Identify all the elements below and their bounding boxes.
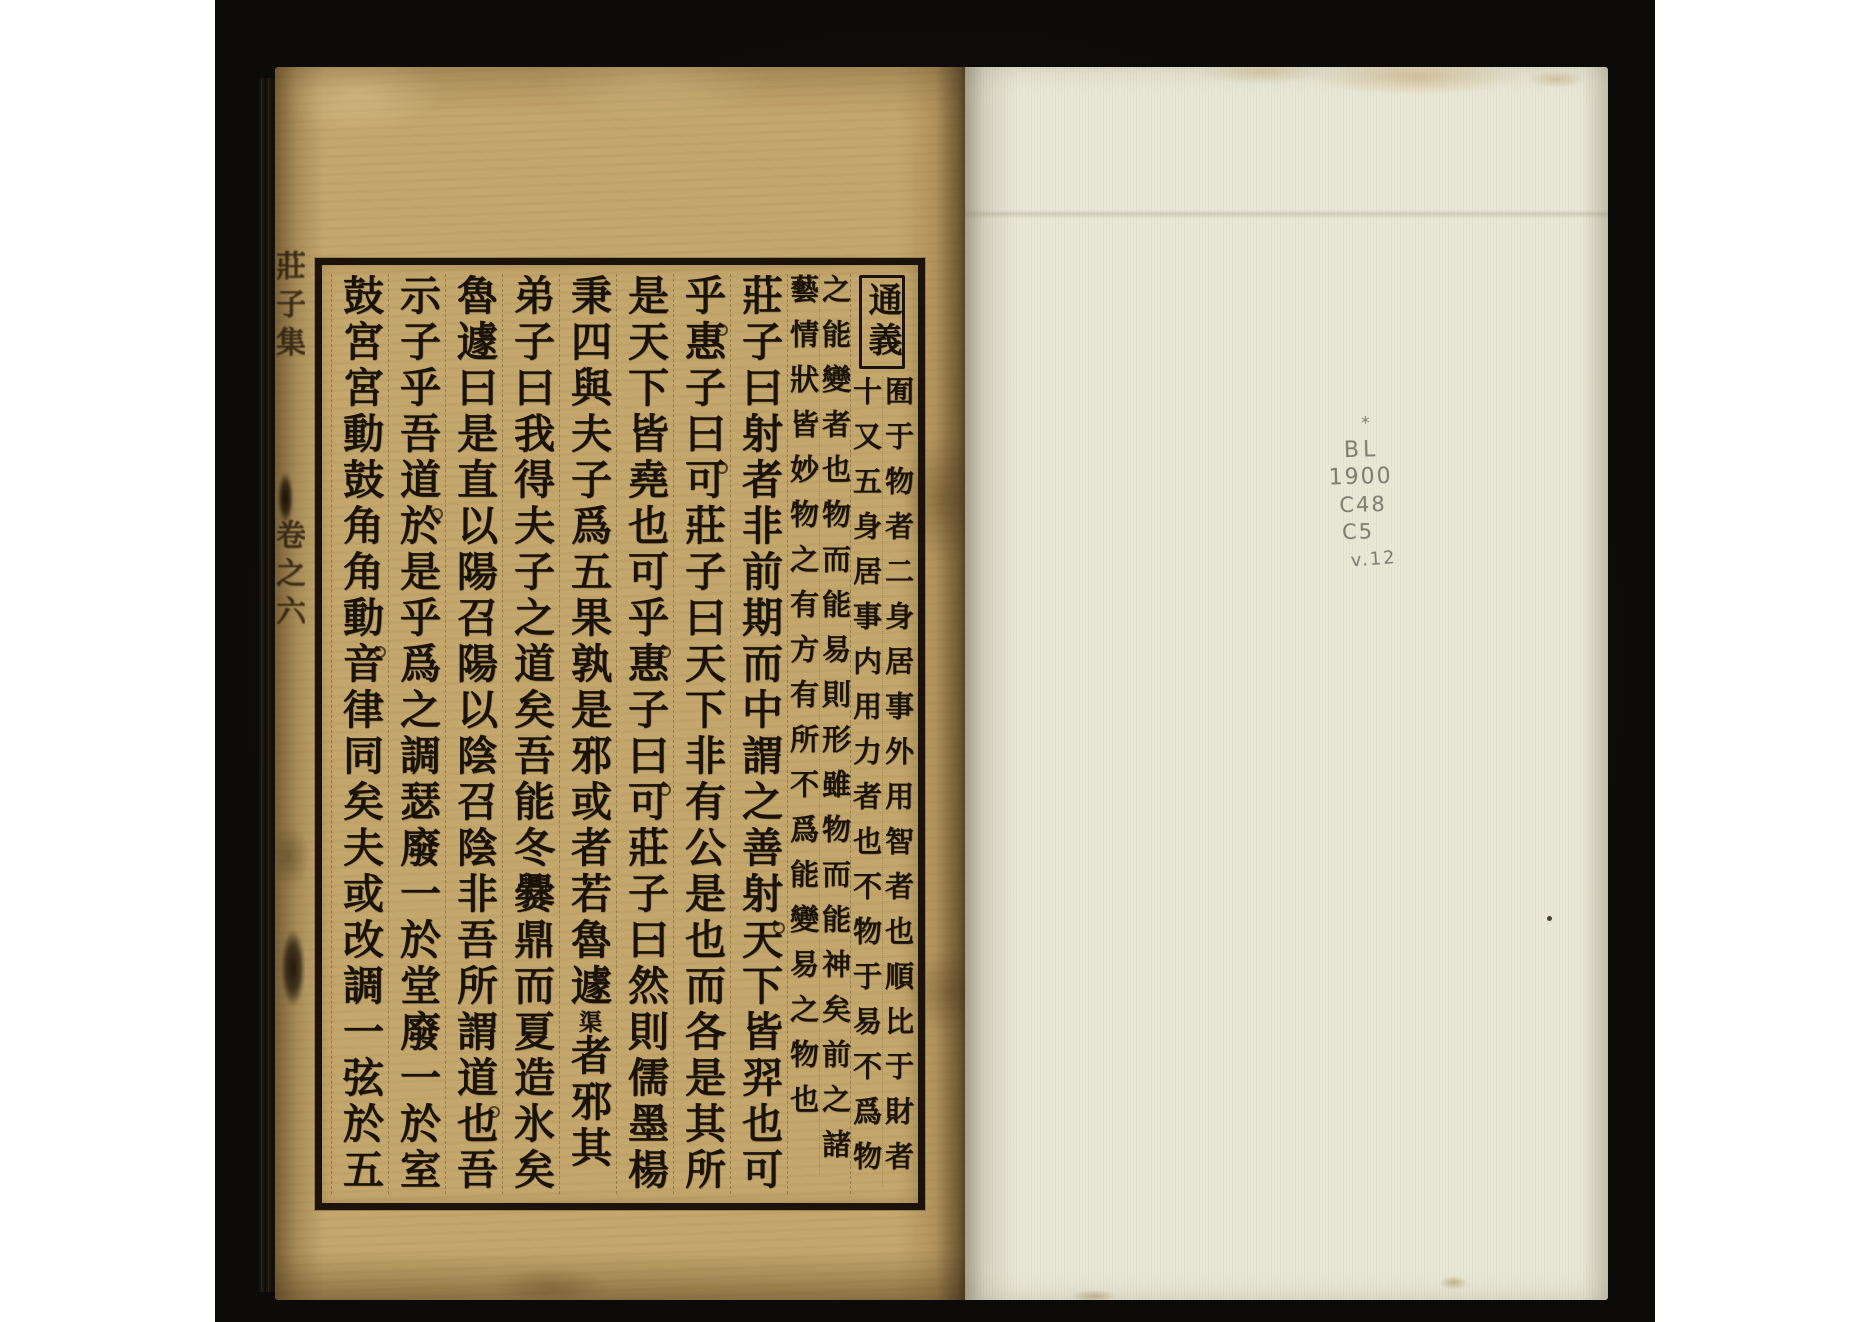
text-column-2: 乎惠子曰可莊子曰天下非有公是也而各是其所 [673, 274, 730, 1194]
judou-mark [488, 1106, 500, 1118]
column-text-segment: 秉四與夫子爲五果孰是邪或者若魯遽 [564, 274, 612, 1010]
shelfmark-line: BL [1344, 435, 1447, 465]
text-column-content: 乎惠子曰可莊子曰天下非有公是也而各是其所 [674, 274, 730, 1194]
judou-mark [773, 922, 785, 934]
shelfmark-line: C48 [1339, 489, 1448, 519]
column-text-segment: 是天下皆堯也可乎惠子曰可莊子曰然則儒墨楊 [621, 274, 669, 1194]
commentary-half-right: 囿于物者二身居事外用智者也順比于財者 [882, 376, 913, 1186]
spine-title-partial: 莊子集 [275, 250, 305, 364]
spine-chapter-partial: 卷之六 [275, 519, 305, 633]
text-column-content: 弟子曰我得夫子之道矣吾能冬爨鼎而夏造氷矣 [503, 274, 559, 1194]
shelfmark-line: v.12 [1350, 541, 1450, 576]
column-text-segment: 乎惠子曰可莊子曰天下非有公是也而各是其所 [678, 274, 726, 1194]
commentary-pair-1: 囿于物者二身居事外用智者也順比于財者十又五身居事内用力者也不物于易不爲物 [851, 376, 913, 1186]
text-column-8: 鼓宮宮動鼓角角動音律同矣夫或改調一弦於五 [331, 274, 388, 1194]
right-blank-page: * BL 1900 C48 C5 v.12 [965, 67, 1608, 1300]
judou-mark [431, 508, 443, 520]
column-text-segment: 鼓宮宮動鼓角角動音律同矣夫或改調一弦於五 [336, 274, 384, 1194]
shelfmark-line: * [1361, 408, 1446, 437]
text-column-3: 是天下皆堯也可乎惠子曰可莊子曰然則儒墨楊 [616, 274, 673, 1194]
header-label: 通義 [864, 282, 900, 362]
header-label-box: 通義 [859, 275, 905, 369]
shelfmark: * BL 1900 C48 C5 v.12 [1325, 408, 1449, 573]
judou-mark [374, 646, 386, 658]
spine-edge: 莊子集 卷之六 [275, 67, 305, 1300]
book-scan-photo: 莊子集 卷之六 通義囿于物者二身居事外用智者也順比于財者十又五身居事内用力者也不… [215, 0, 1655, 1322]
shelfmark-line: 1900 [1328, 462, 1447, 492]
text-column-content: 鼓宮宮動鼓角角動音律同矣夫或改調一弦於五 [332, 274, 388, 1194]
text-column-7: 示子乎吾道於是乎爲之調瑟廢一於堂廢一於室 [388, 274, 445, 1194]
column-text-segment: 者邪其 [564, 1034, 612, 1172]
text-column-5: 弟子曰我得夫子之道矣吾能冬爨鼎而夏造氷矣 [502, 274, 559, 1194]
text-column-content: 莊子曰射者非前期而中謂之善射天下皆羿也可 [731, 274, 787, 1194]
commentary-half-right: 之能變者也物而能易則形雖物而能神矣前之諸 [819, 274, 850, 1174]
text-frame: 通義囿于物者二身居事外用智者也順比于財者十又五身居事内用力者也不物于易不爲物之能… [315, 258, 925, 1210]
column-text-segment: 魯遽曰是直以陽召陽以陰召陰非吾所謂道也吾 [450, 274, 498, 1194]
judou-mark [716, 324, 728, 336]
column-text-segment: 示子乎吾道於是乎爲之調瑟廢一於堂廢一於室 [393, 274, 441, 1194]
text-column-content: 是天下皆堯也可乎惠子曰可莊子曰然則儒墨楊 [617, 274, 673, 1194]
foxing-spot [1547, 916, 1552, 921]
text-column-content: 魯遽曰是直以陽召陽以陰召陰非吾所謂道也吾 [446, 274, 502, 1194]
commentary-column-2: 之能變者也物而能易則形雖物而能神矣前之諸藝情狀皆妙物之有方有所不爲能變易之物也 [787, 274, 850, 1194]
judou-mark [659, 784, 671, 796]
commentary-column-1: 通義囿于物者二身居事外用智者也順比于財者十又五身居事内用力者也不物于易不爲物 [850, 274, 913, 1194]
commentary-pair-2: 之能變者也物而能易則形雖物而能神矣前之諸藝情狀皆妙物之有方有所不爲能變易之物也 [788, 274, 850, 1174]
judou-mark [716, 462, 728, 474]
ink-smudge [278, 472, 293, 524]
page-number-smudge [281, 929, 305, 1007]
text-column-1: 莊子曰射者非前期而中謂之善射天下皆羿也可 [730, 274, 787, 1194]
left-printed-page: 莊子集 卷之六 通義囿于物者二身居事外用智者也順比于財者十又五身居事内用力者也不… [275, 67, 965, 1300]
text-column-content: 示子乎吾道於是乎爲之調瑟廢一於堂廢一於室 [389, 274, 445, 1194]
judou-mark [659, 646, 671, 658]
interlinear-gloss: 渠 [575, 1010, 602, 1034]
text-column-6: 魯遽曰是直以陽召陽以陰召陰非吾所謂道也吾 [445, 274, 502, 1194]
column-text-segment: 弟子曰我得夫子之道矣吾能冬爨鼎而夏造氷矣 [507, 274, 555, 1194]
column-text-segment: 莊子曰射者非前期而中謂之善射天下皆羿也可 [735, 274, 783, 1194]
commentary-half-left: 藝情狀皆妙物之有方有所不爲能變易之物也 [788, 274, 818, 1174]
text-column-content: 秉四與夫子爲五果孰是邪或者若魯遽渠者邪其 [560, 274, 616, 1194]
commentary-half-left: 十又五身居事内用力者也不物于易不爲物 [851, 376, 881, 1186]
text-column-4: 秉四與夫子爲五果孰是邪或者若魯遽渠者邪其 [559, 274, 616, 1194]
